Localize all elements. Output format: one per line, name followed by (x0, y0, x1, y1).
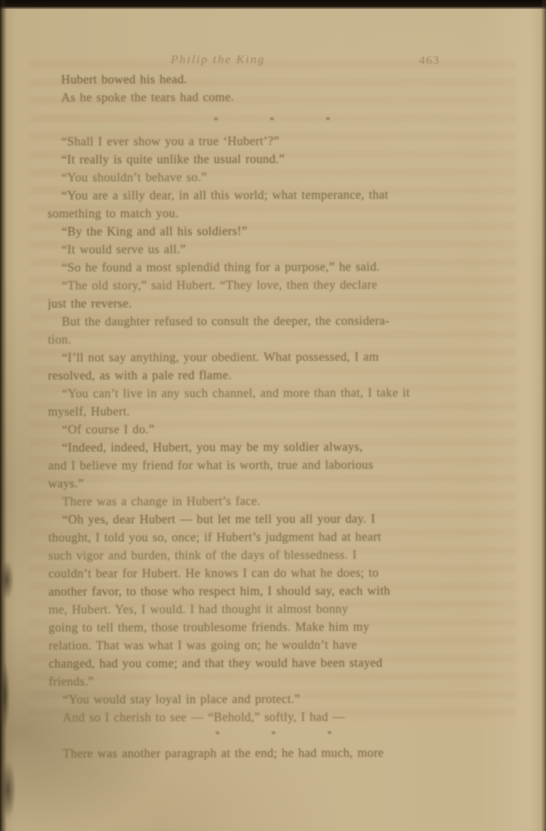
gutter-shadow-blot (0, 760, 16, 820)
text-line: “You are a silly dear, in all this world… (47, 185, 497, 204)
text-line: “The old story,” said Hubert. “They love… (48, 275, 498, 294)
text-line: myself, Hubert. (48, 401, 498, 420)
section-separator: *** (47, 113, 497, 128)
text-line: “Shall I ever show you a true ‘Hubert’?” (47, 131, 497, 150)
scan-edge-right (541, 0, 546, 831)
text-line: “It would serve us all.” (48, 239, 498, 258)
text-line: going to tell them, those troublesome fr… (49, 617, 499, 636)
text-line: “So he found a most splendid thing for a… (48, 257, 498, 276)
text-line: tion. (48, 329, 498, 348)
text-line: But the daughter refused to consult the … (48, 311, 498, 330)
text-line: “I’ll not say anything, your obedient. W… (48, 347, 498, 366)
running-head: Philip the King 463 (48, 52, 498, 70)
text-line: “Oh yes, dear Hubert — but let me tell y… (48, 509, 498, 528)
scanned-book-page: Philip the King 463 Hubert bowed his hea… (0, 0, 546, 831)
text-line: There was another paragraph at the end; … (49, 743, 499, 762)
text-line: me, Hubert. Yes, I would. I had thought … (48, 599, 498, 618)
asterisk-glyph: * (214, 115, 219, 128)
gutter-shadow-blot (0, 560, 14, 600)
text-line: “Of course I do.” (48, 419, 498, 438)
text-line: “You shouldn’t behave so.” (47, 167, 497, 186)
text-line: couldn’t bear for Hubert. He knows I can… (48, 563, 498, 582)
text-line: There was a change in Hubert’s face. (48, 491, 498, 510)
text-line: “You would stay loyal in place and prote… (49, 689, 499, 708)
asterisk-glyph: * (327, 729, 332, 742)
text-line: “Indeed, indeed, Hubert, you may be my s… (48, 437, 498, 456)
text-line: friends.” (49, 671, 499, 690)
text-line: changed, had you come; and that they wou… (49, 653, 499, 672)
text-line: something to match you. (47, 203, 497, 222)
asterisk-glyph: * (270, 115, 275, 128)
text-line: thought, I told you so, once; if Hubert’… (48, 527, 498, 546)
text-line: another favor, to those who respect him,… (48, 581, 498, 600)
text-line: and I believe my friend for what is wort… (48, 455, 498, 474)
page-number: 463 (419, 53, 440, 68)
text-line: And so I cherish to see — “Behold,” soft… (49, 707, 499, 726)
asterisk-glyph: * (325, 115, 330, 128)
section-separator: *** (49, 727, 499, 742)
text-line: just the reverse. (48, 293, 498, 312)
text-line: relation. That was what I was going on; … (49, 635, 499, 654)
text-line: As he spoke the tears had come. (47, 87, 497, 106)
text-line: such vigor and burden, think of the days… (48, 545, 498, 564)
asterisk-glyph: * (271, 729, 276, 742)
scan-edge-top (0, 0, 546, 9)
text-line: “By the King and all his soldiers!” (47, 221, 497, 240)
body-text-block: Hubert bowed his head.As he spoke the te… (47, 69, 499, 762)
running-head-title: Philip the King (48, 52, 388, 67)
text-line: resolved, as with a pale red flame. (48, 365, 498, 384)
asterisk-glyph: * (216, 729, 221, 742)
text-line: “You can’t live in any such channel, and… (48, 383, 498, 402)
text-line: ways.” (48, 473, 498, 492)
text-line: Hubert bowed his head. (47, 69, 497, 88)
text-line: “It really is quite unlike the usual rou… (47, 149, 497, 168)
gutter-shadow-blot (0, 660, 10, 730)
